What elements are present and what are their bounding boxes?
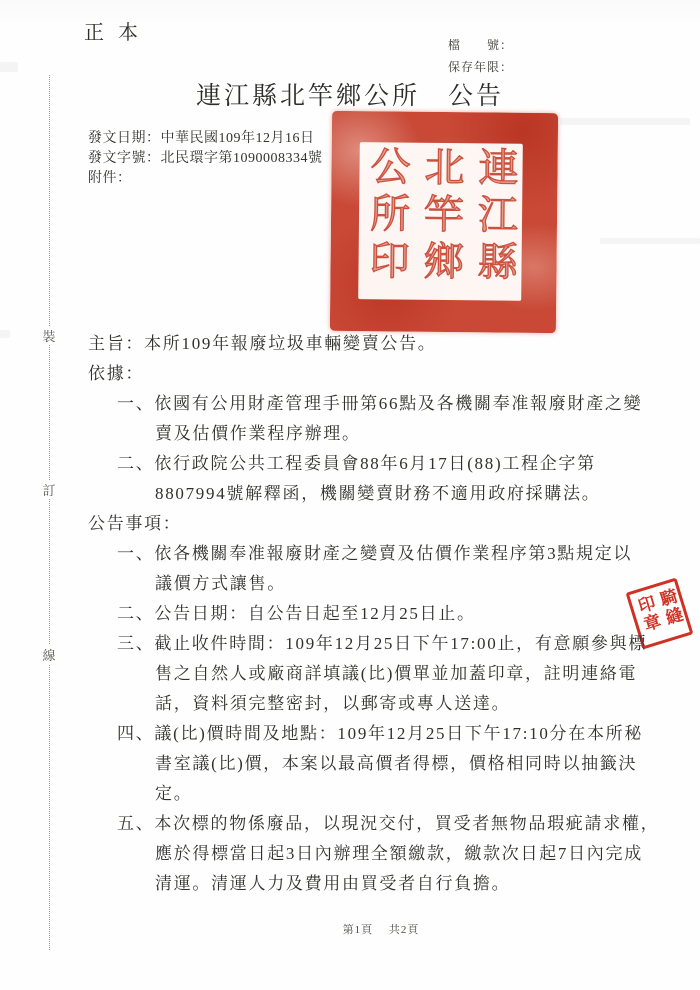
body-line: 三、截止收件時間：109年12月25日下午17:00止，有意願參與標 — [88, 629, 650, 659]
body-line: 議價方式讓售。 — [88, 569, 650, 599]
copy-type-label: 正本 — [84, 16, 152, 45]
body-line-items-header: 公告事項： — [88, 509, 650, 539]
body-line: 賣及估價作業程序辦理。 — [88, 419, 650, 449]
binding-mark-zhuang: 裝 — [41, 326, 57, 345]
official-seal-inner: 連江縣北竿鄉公所印 — [358, 142, 523, 301]
binding-dotted-line — [49, 75, 50, 950]
body-line: 售之自然人或廠商詳填議(比)價單並加蓋印章，註明連絡電 — [88, 659, 650, 689]
body-line: 五、本次標的物係廢品，以現況交付，買受者無物品瑕疵請求權， — [88, 809, 650, 839]
scan-artifact — [0, 330, 10, 338]
body-line: 二、公告日期：自公告日起至12月25日止。 — [88, 599, 650, 629]
archive-info: 檔 號： 保存年限： — [448, 34, 513, 78]
body-line-subject: 主旨：本所109年報廢垃圾車輛變賣公告。 — [88, 329, 650, 359]
page-footer: 第1頁 共2頁 — [31, 921, 700, 937]
announcement-body: 主旨：本所109年報廢垃圾車輛變賣公告。 依據： 一、依國有公用財產管理手冊第6… — [88, 329, 650, 899]
page-number-current: 第1頁 — [343, 924, 374, 936]
binding-mark-xian: 線 — [41, 645, 57, 664]
retention-period-label: 保存年限： — [448, 56, 513, 78]
document-number: 發文字號：北民環字第1090008334號 — [88, 149, 323, 169]
body-line: 話，資料須完整密封，以郵寄或專人送達。 — [88, 689, 650, 719]
document-meta: 發文日期：中華民國109年12月16日 發文字號：北民環字第1090008334… — [88, 129, 323, 189]
body-line: 一、依國有公用財產管理手冊第66點及各機關奉准報廢財產之變 — [88, 389, 650, 419]
official-seal-stamp: 連江縣北竿鄉公所印 — [330, 111, 558, 333]
body-line: 一、依各機關奉准報廢財產之變賣及估價作業程序第3點規定以 — [88, 539, 650, 569]
body-line: 8807994號解釋函，機關變賣財務不適用政府採購法。 — [88, 479, 650, 509]
body-line: 二、依行政院公共工程委員會88年6月17日(88)工程企字第 — [88, 449, 650, 479]
binding-mark-ding: 訂 — [41, 480, 57, 499]
scan-artifact — [600, 238, 700, 244]
official-seal-text: 連江縣北竿鄉公所印 — [359, 145, 523, 299]
document-title: 連江縣北竿鄉公所 公告 — [0, 76, 700, 112]
body-line-basis-header: 依據： — [88, 359, 650, 389]
body-line: 清運。清運人力及費用由買受者自行負擔。 — [88, 869, 650, 899]
file-number-label: 檔 號： — [448, 34, 513, 56]
scan-artifact — [0, 62, 18, 72]
scan-artifact — [560, 118, 690, 125]
page-number-total: 共2頁 — [389, 924, 420, 936]
issue-date: 發文日期：中華民國109年12月16日 — [88, 129, 323, 149]
body-line: 定。 — [88, 779, 650, 809]
body-line: 應於得標當日起3日內辦理全額繳款，繳款次日起7日內完成 — [88, 839, 650, 869]
document-page: 正本 檔 號： 保存年限： 連江縣北竿鄉公所 公告 發文日期：中華民國109年1… — [0, 0, 700, 990]
body-line: 書室議(比)價，本案以最高價者得標，價格相同時以抽籤決 — [88, 749, 650, 779]
body-line: 四、議(比)價時間及地點：109年12月25日下午17:10分在本所秘 — [88, 719, 650, 749]
attachment-label: 附件： — [88, 169, 323, 189]
